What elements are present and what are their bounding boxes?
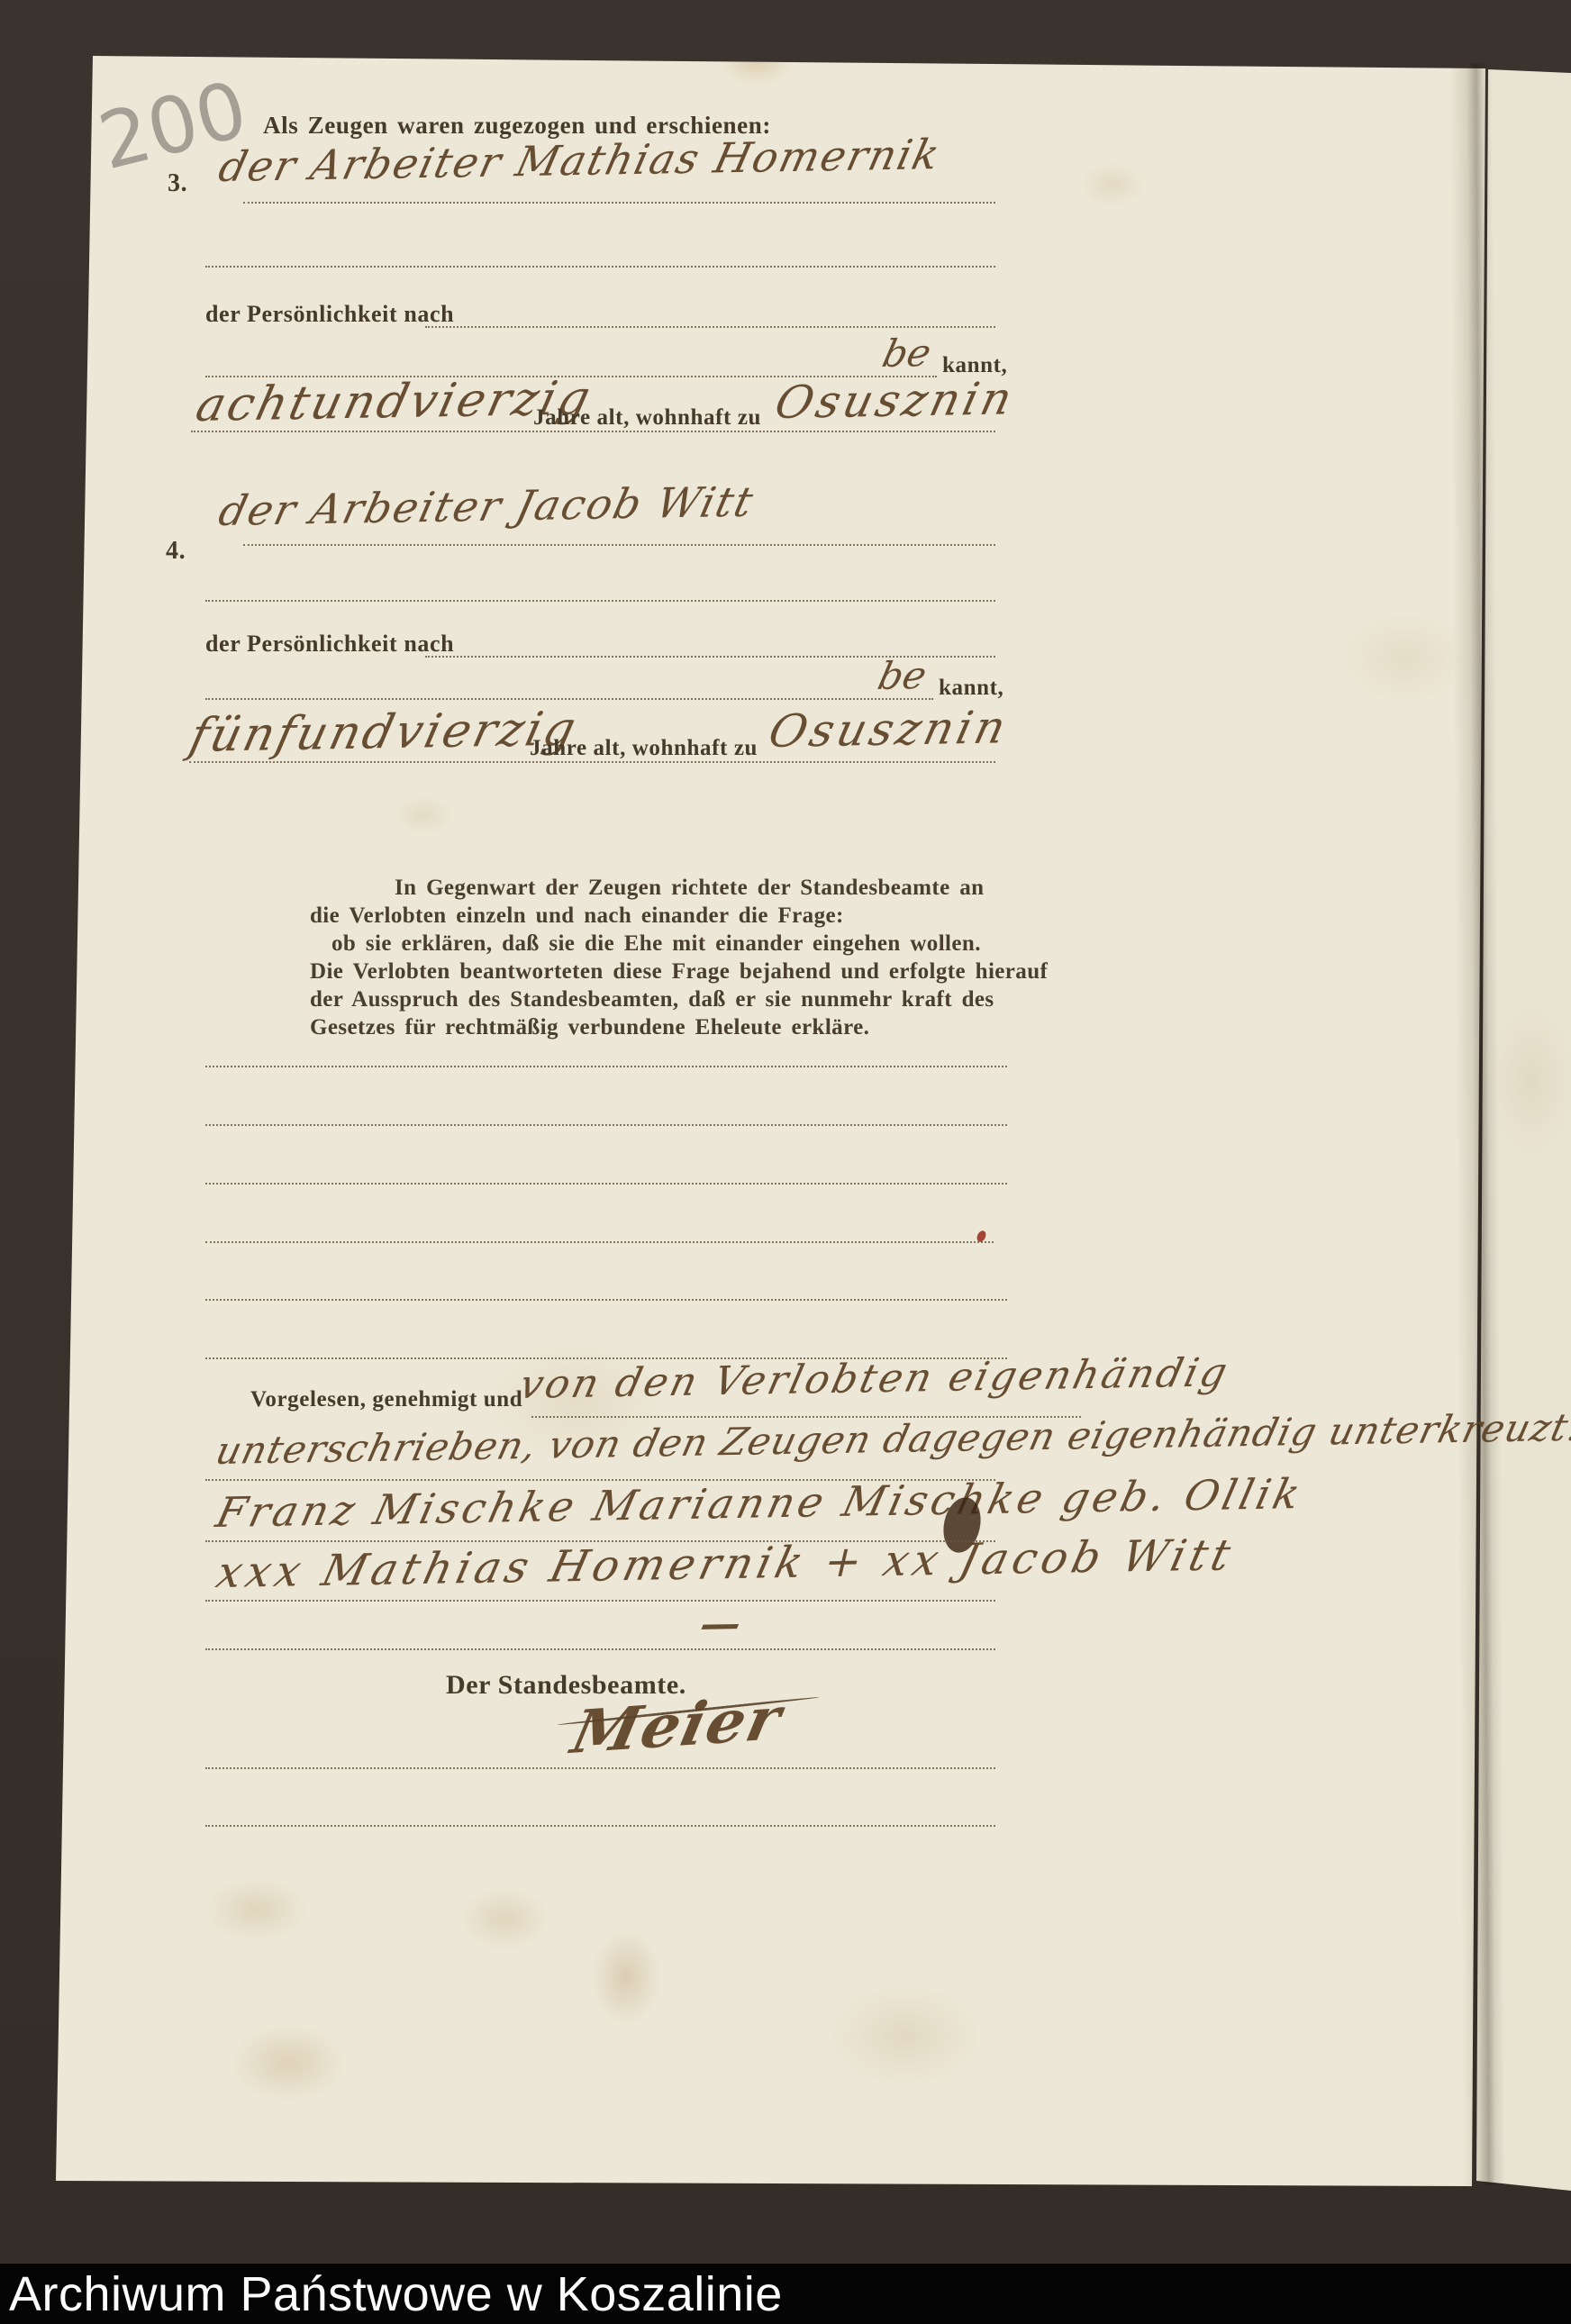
witness3-residence-script: Osusznin: [770, 372, 1021, 429]
dotted-line: [205, 600, 995, 602]
dotted-line: [205, 698, 933, 700]
dotted-line: [243, 202, 995, 204]
dotted-line: [205, 1124, 1007, 1126]
dotted-line: [205, 1767, 995, 1769]
dotted-line: [189, 761, 995, 763]
caption-bar: Archiwum Państwowe w Koszalinie: [0, 2264, 1571, 2324]
dotted-line: [205, 1299, 1007, 1301]
dotted-line: [205, 266, 995, 268]
witness3-identity-label: der Persönlichkeit nach: [205, 301, 454, 328]
witness4-name-script: der Arbeiter Jacob Witt: [214, 477, 759, 535]
dotted-line: [205, 1066, 1007, 1067]
archival-scan: 200 Als Zeugen waren zugezogen und ersch…: [0, 0, 1571, 2324]
archive-caption: Archiwum Państwowe w Koszalinie: [0, 2266, 783, 2322]
dotted-line: [205, 1183, 1007, 1185]
left-page: [0, 0, 1571, 2324]
witness4-age-label: Jahre alt, wohnhaft zu: [530, 736, 758, 761]
witness4-age-script: fünfundvierzig: [185, 703, 583, 763]
dotted-line: [243, 544, 995, 546]
witness4-number: 4.: [166, 537, 186, 566]
declaration-line: Gesetzes für rechtmäßig verbundene Ehele…: [310, 1015, 869, 1040]
witness3-number: 3.: [168, 169, 187, 198]
declaration-line: der Ausspruch des Standesbeamten, daß er…: [310, 987, 994, 1012]
witness4-known-label: kannt,: [939, 676, 1003, 701]
witness4-residence-script: Osusznin: [764, 701, 1014, 758]
dotted-line: [205, 1241, 994, 1243]
dotted-line: [425, 326, 995, 328]
dotted-line: [191, 431, 995, 432]
dotted-line: [205, 1648, 995, 1650]
closing-printed-prefix: Vorgelesen, genehmigt und: [250, 1387, 522, 1412]
declaration-line: ob sie erklären, daß sie die Ehe mit ein…: [331, 931, 981, 957]
declaration-line: die Verlobten einzeln und nach einander …: [310, 903, 844, 929]
dotted-line: [205, 1825, 995, 1827]
declaration-line: In Gegenwart der Zeugen richtete der Sta…: [395, 876, 984, 901]
dotted-line: [205, 1600, 995, 1602]
witness4-identity-label: der Persönlichkeit nach: [205, 631, 454, 658]
witness3-age-label: Jahre alt, wohnhaft zu: [533, 405, 761, 431]
declaration-line: Die Verlobten beantworteten diese Frage …: [310, 959, 1048, 985]
